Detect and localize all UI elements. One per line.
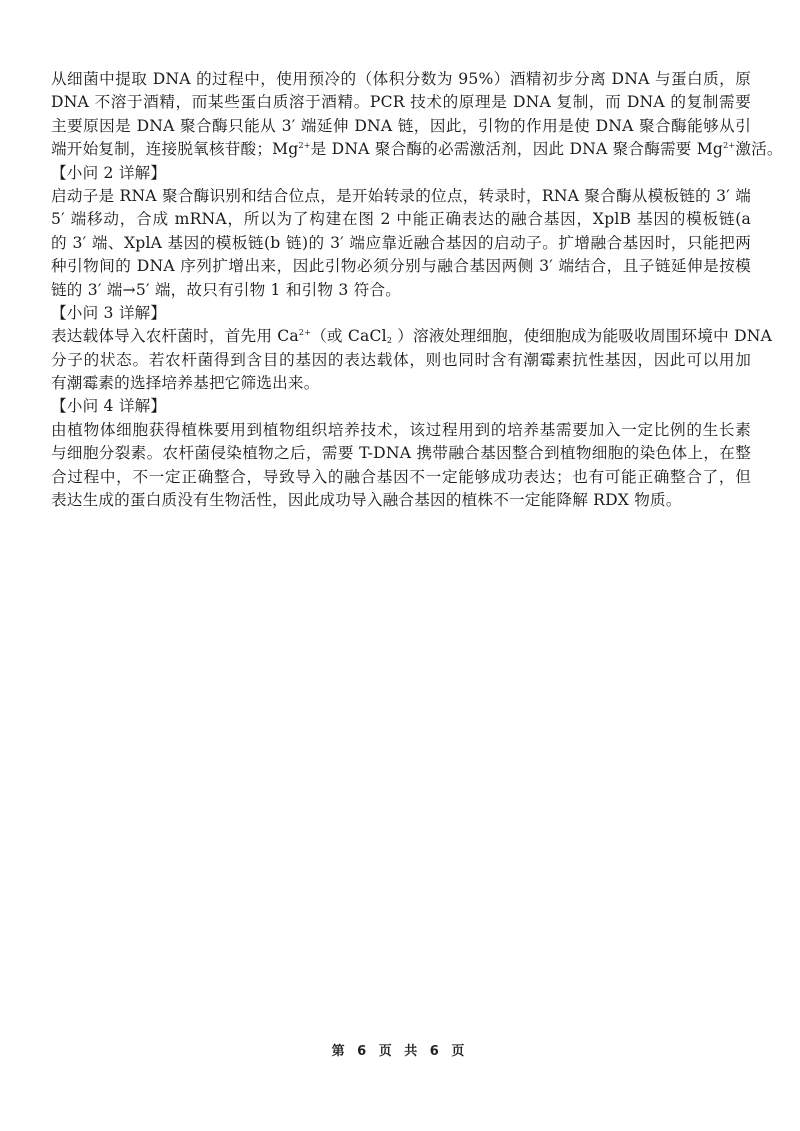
- text-run: 端开始复制，连接脱氧核苷酸；Mg: [51, 140, 298, 158]
- text-run: 表达载体导入农杆菌时，首先用 Ca: [51, 327, 299, 345]
- text-run: 激活。: [735, 140, 782, 158]
- paragraph-line: 由植物体细胞获得植株要用到植物组织培养技术，该过程用到的培养基需要加入一定比例的…: [51, 419, 751, 442]
- section-heading: 【小问 2 详解】: [51, 162, 751, 185]
- section-4: 【小问 4 详解】 由植物体细胞获得植株要用到植物组织培养技术，该过程用到的培养…: [51, 395, 751, 512]
- section-heading: 【小问 3 详解】: [51, 302, 751, 325]
- text-run: ）溶液处理细胞，使细胞成为能吸收周围环境中 DNA: [392, 327, 772, 345]
- paragraph-line: 合过程中，不一定正确整合，导致导入的融合基因不一定能够成功表达；也有可能正确整合…: [51, 466, 751, 489]
- paragraph-line: 分子的状态。若农杆菌得到含目的基因的表达载体，则也同时含有潮霉素抗性基因，因此可…: [51, 349, 751, 372]
- text-run: 是 DNA 聚合酶的必需激活剂，因此 DNA 聚合酶需要 Mg: [311, 140, 723, 158]
- paragraph-line: 种引物间的 DNA 序列扩增出来，因此引物必须分别与融合基因两侧 3′ 端结合，…: [51, 255, 751, 278]
- text-run: （或 CaCl: [311, 327, 387, 345]
- superscript: 2+: [298, 141, 310, 150]
- paragraph-line: 表达载体导入农杆菌时，首先用 Ca2+（或 CaCl2 ）溶液处理细胞，使细胞成…: [51, 325, 751, 348]
- paragraph-line: 主要原因是 DNA 聚合酶只能从 3′ 端延伸 DNA 链，因此，引物的作用是使…: [51, 115, 751, 138]
- superscript: 2+: [299, 328, 311, 337]
- paragraph-line: 端开始复制，连接脱氧核苷酸；Mg2+是 DNA 聚合酶的必需激活剂，因此 DNA…: [51, 138, 751, 161]
- paragraph-line: DNA 不溶于酒精，而某些蛋白质溶于酒精。PCR 技术的原理是 DNA 复制，而…: [51, 91, 751, 114]
- document-body: 从细菌中提取 DNA 的过程中，使用预冷的（体积分数为 95%）酒精初步分离 D…: [51, 68, 751, 512]
- section-heading: 【小问 4 详解】: [51, 395, 751, 418]
- section-2: 【小问 2 详解】 启动子是 RNA 聚合酶识别和结合位点，是开始转录的位点，转…: [51, 162, 751, 302]
- superscript: 2+: [723, 141, 735, 150]
- paragraph-line: 5′ 端移动，合成 mRNA，所以为了构建在图 2 中能正确表达的融合基因，Xp…: [51, 208, 751, 231]
- section-1: 从细菌中提取 DNA 的过程中，使用预冷的（体积分数为 95%）酒精初步分离 D…: [51, 68, 751, 162]
- page-number-footer: 第 6 页 共 6 页: [0, 1040, 800, 1059]
- paragraph-line: 表达生成的蛋白质没有生物活性，因此成功导入融合基因的植株不一定能降解 RDX 物…: [51, 489, 751, 512]
- paragraph-line: 有潮霉素的选择培养基把它筛选出来。: [51, 372, 751, 395]
- section-3: 【小问 3 详解】 表达载体导入农杆菌时，首先用 Ca2+（或 CaCl2 ）溶…: [51, 302, 751, 396]
- paragraph-line: 的 3′ 端、XplA 基因的模板链(b 链)的 3′ 端应靠近融合基因的启动子…: [51, 232, 751, 255]
- paragraph-line: 从细菌中提取 DNA 的过程中，使用预冷的（体积分数为 95%）酒精初步分离 D…: [51, 68, 751, 91]
- paragraph-line: 链的 3′ 端→5′ 端，故只有引物 1 和引物 3 符合。: [51, 279, 751, 302]
- paragraph-line: 启动子是 RNA 聚合酶识别和结合位点，是开始转录的位点，转录时，RNA 聚合酶…: [51, 185, 751, 208]
- paragraph-line: 与细胞分裂素。农杆菌侵染植物之后，需要 T-DNA 携带融合基因整合到植物细胞的…: [51, 442, 751, 465]
